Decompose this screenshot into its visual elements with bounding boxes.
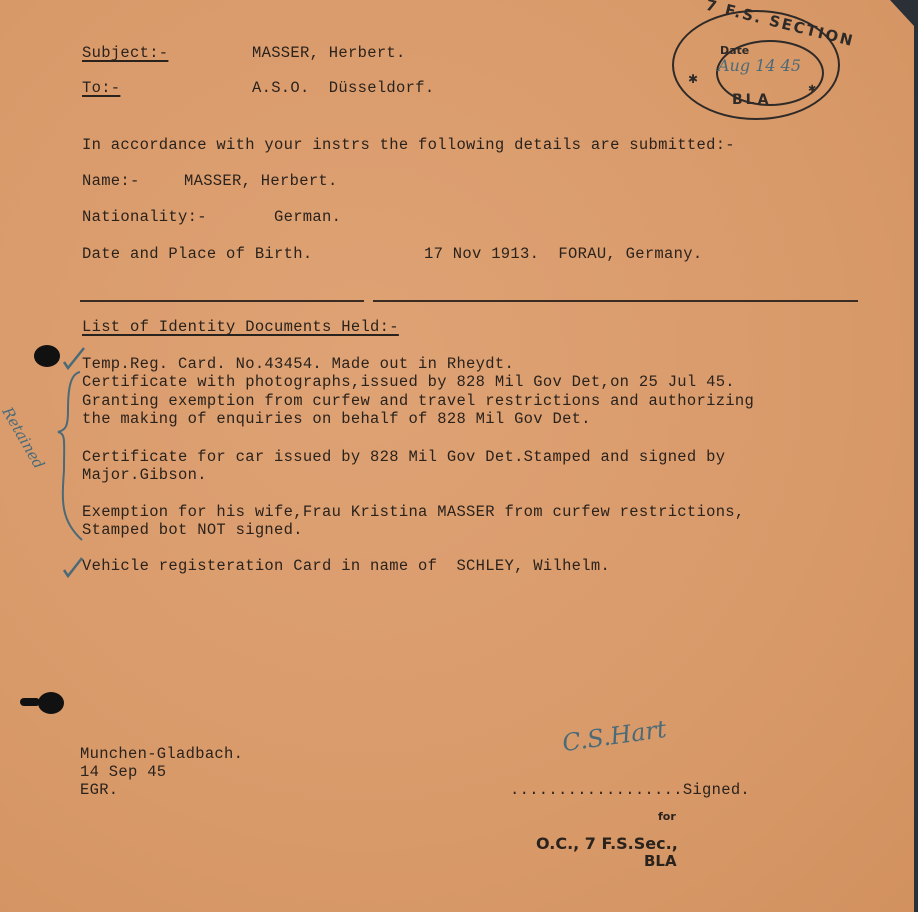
intro-text: In accordance with your instrs the follo… <box>82 136 735 154</box>
punch-hole-bottom-tail <box>20 698 40 706</box>
document-item: Granting exemption from curfew and trave… <box>82 392 754 410</box>
separator-right <box>373 300 858 302</box>
checkmark-icon <box>64 558 82 576</box>
signed-line: ..................Signed. <box>510 781 750 799</box>
nationality-label: Nationality:- <box>82 208 207 226</box>
brace-icon <box>58 372 82 540</box>
nationality-value: German. <box>274 208 341 226</box>
footer-initials: EGR. <box>80 781 118 799</box>
stamp-date-handwritten: Aug 14 45 <box>718 56 801 75</box>
checkmark-icon <box>64 348 84 368</box>
oc-line: O.C., 7 F.S.Sec., <box>536 834 678 853</box>
to-label: To:- <box>82 79 120 97</box>
birth-value: 17 Nov 1913. FORAU, Germany. <box>424 245 702 263</box>
name-label: Name:- <box>82 172 140 190</box>
name-value: MASSER, Herbert. <box>184 172 338 190</box>
footer-date: 14 Sep 45 <box>80 763 166 781</box>
birth-label: Date and Place of Birth. <box>82 245 312 263</box>
document-item: Temp.Reg. Card. No.43454. Made out in Rh… <box>82 355 514 373</box>
document-item: Vehicle registeration Card in name of SC… <box>82 557 610 575</box>
stamp-star-right: ✱ <box>808 84 816 95</box>
signature: C.S.Hart <box>561 715 669 757</box>
separator-left <box>80 300 364 302</box>
subject-value: MASSER, Herbert. <box>252 44 406 62</box>
document-item: the making of enquiries on behalf of 828… <box>82 410 591 428</box>
punch-hole-bottom <box>38 692 64 714</box>
document-page: Subject:- MASSER, Herbert. To:- A.S.O. D… <box>0 0 914 912</box>
documents-heading: List of Identity Documents Held:- <box>82 318 399 336</box>
document-item: Exemption for his wife,Frau Kristina MAS… <box>82 503 745 521</box>
bla-label: BLA <box>644 852 677 870</box>
document-item: Certificate for car issued by 828 Mil Go… <box>82 448 725 466</box>
document-item: Certificate with photographs,issued by 8… <box>82 373 735 391</box>
margin-annotations <box>0 330 120 590</box>
footer-place: Munchen-Gladbach. <box>80 745 243 763</box>
to-value: A.S.O. Düsseldorf. <box>252 79 434 97</box>
stamp-bottom-text: BLA <box>732 92 771 108</box>
subject-label: Subject:- <box>82 44 168 62</box>
stamp-star-left: ✱ <box>688 72 698 86</box>
for-label: for <box>658 810 676 823</box>
